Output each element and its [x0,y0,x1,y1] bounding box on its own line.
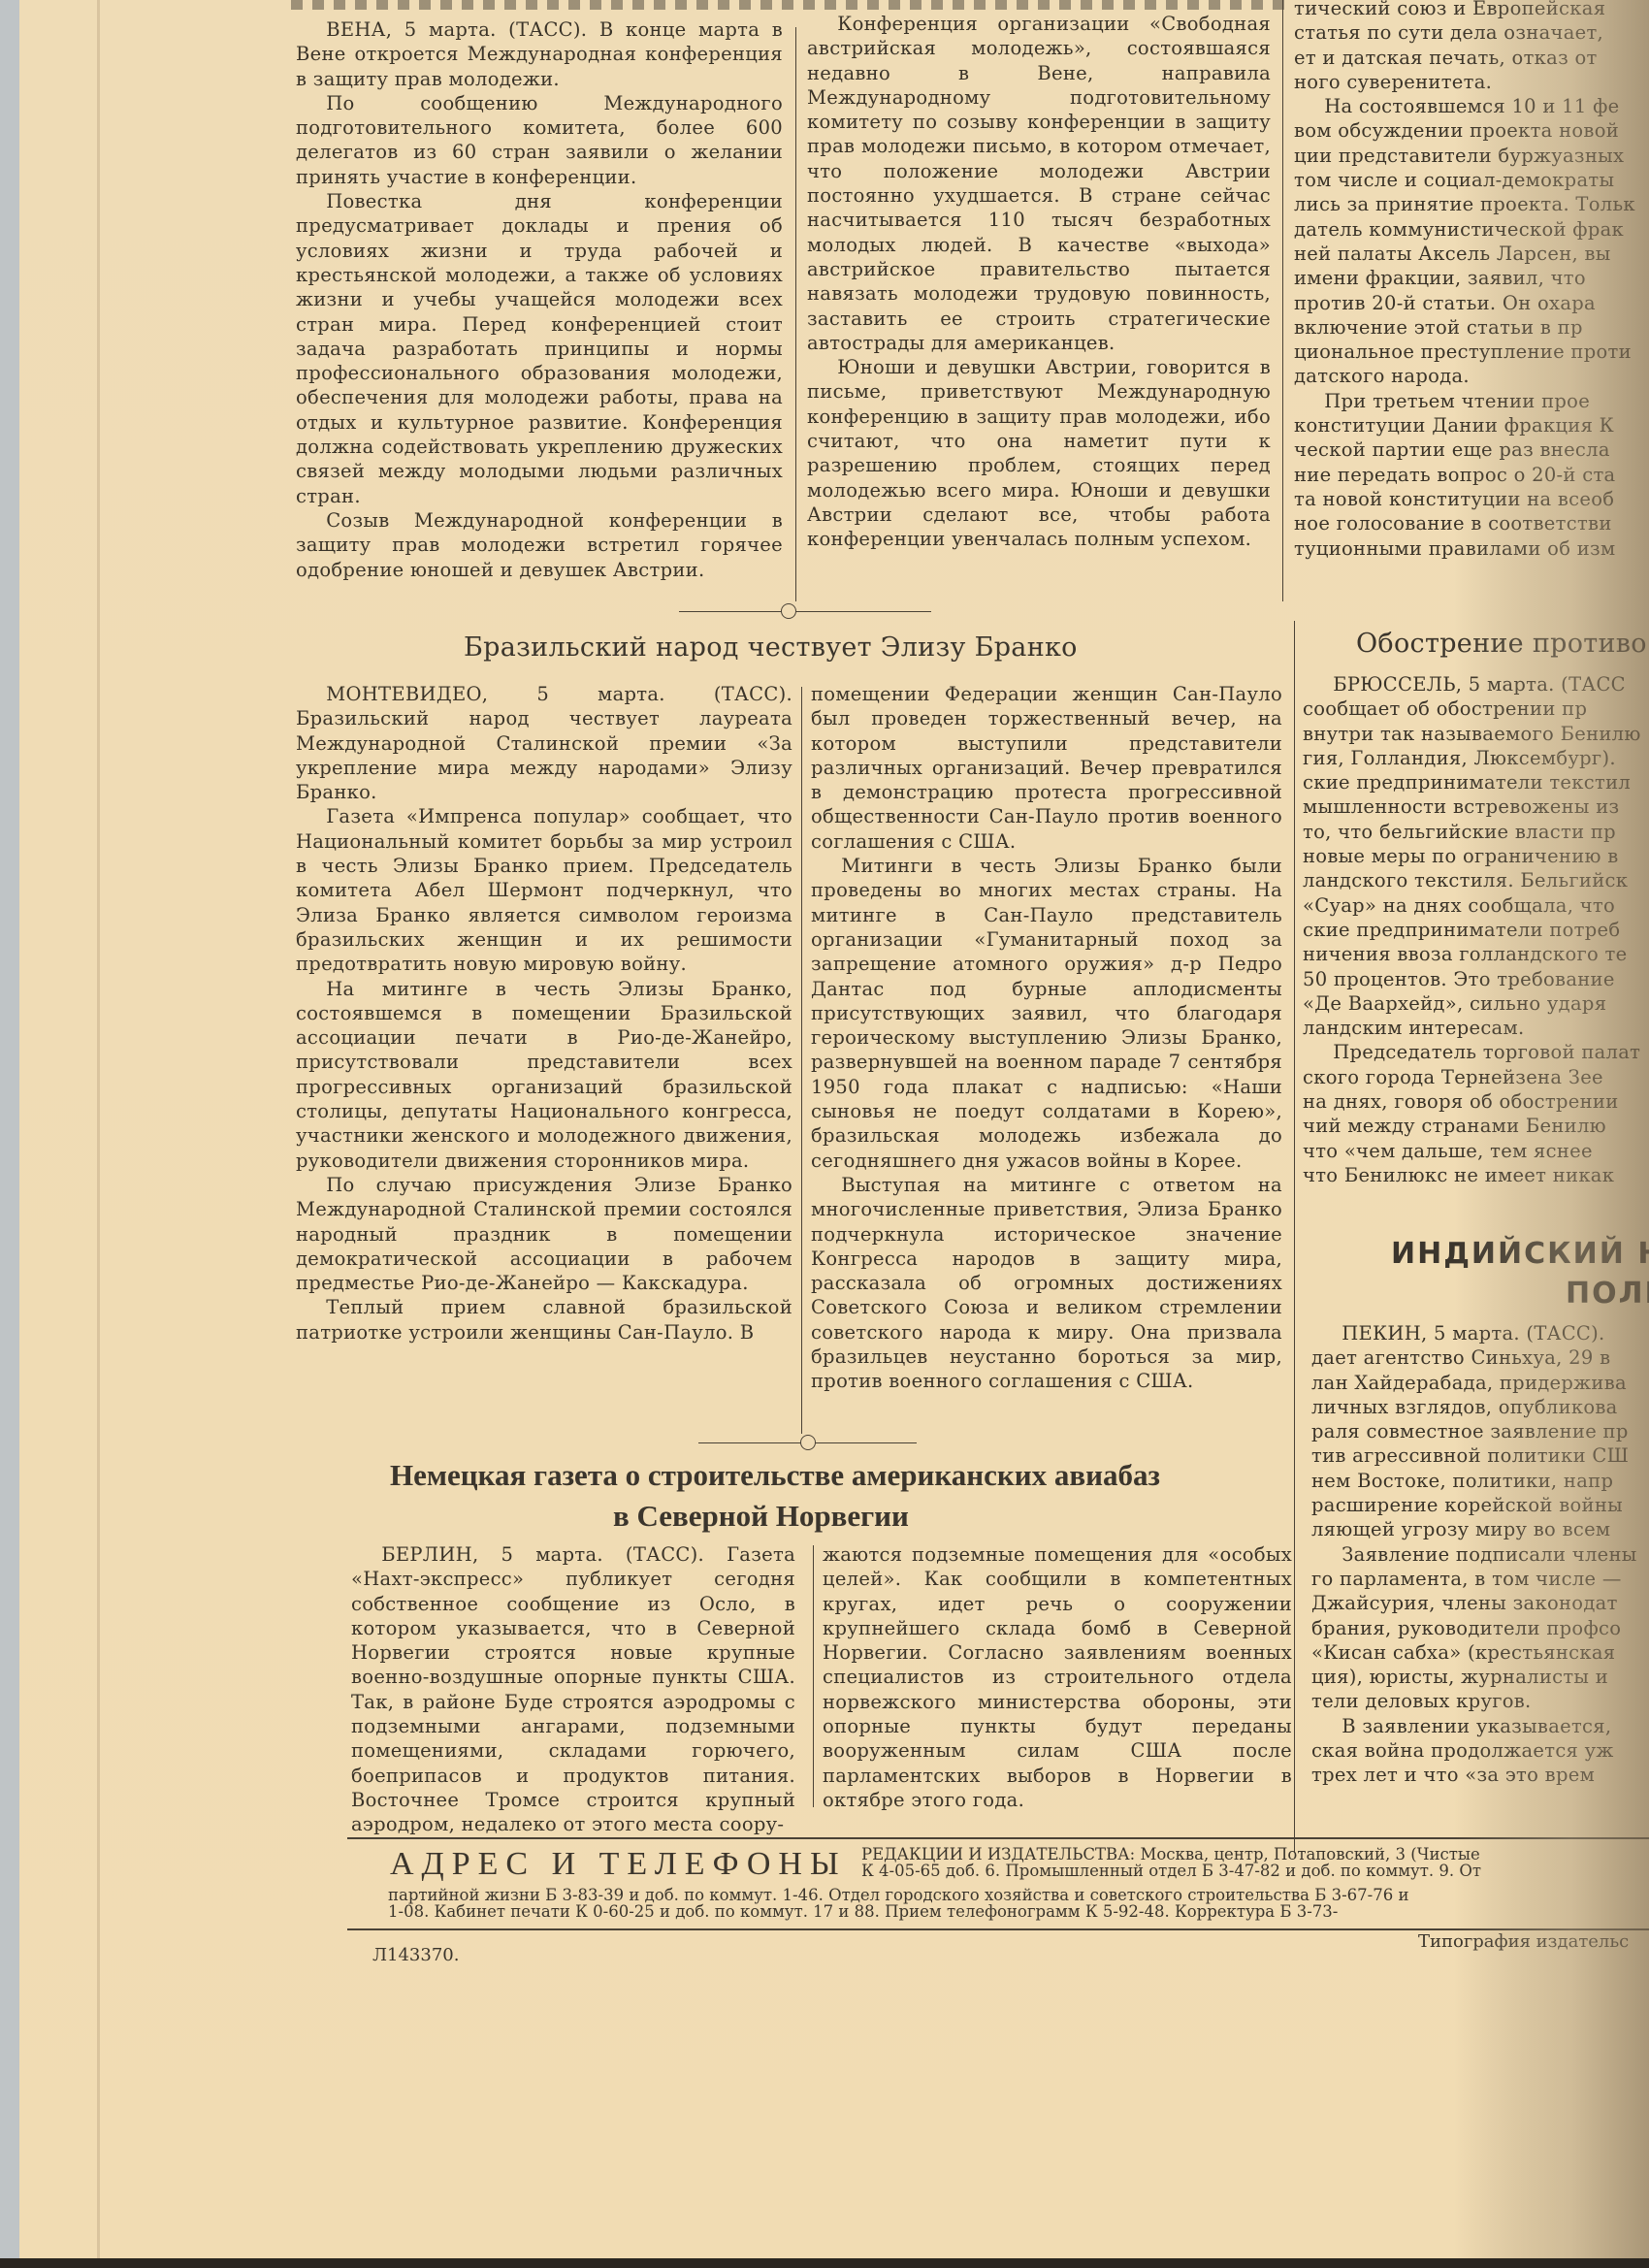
text-line: БРЮССЕЛЬ, 5 марта. (ТАСС [1303,672,1649,697]
text-line: лись за принятие проекта. Тольк [1294,192,1649,216]
paragraph: МОНТЕВИДЕО, 5 марта. (ТАСС). Бразильский… [296,682,792,804]
text-line: лан Хайдерабада, придержива [1311,1371,1649,1395]
text-line: ет и датская печать, отказ от [1294,46,1649,70]
text-line: При третьем чтении прое [1294,389,1649,413]
paragraph: помещении Федерации женщин Сан-Пауло был… [811,682,1282,854]
column-rule [795,27,796,601]
text-line: ции представители буржуазных [1294,144,1649,168]
column-rule [1294,621,1295,1853]
footer-line-2: К 4-05-65 доб. 6. Промышленный отдел Б 3… [861,1863,1481,1880]
text-line: та новой конституции на всеоб [1294,487,1649,511]
text-line: тив агрессивной политики СШ [1311,1443,1649,1468]
paragraph: Митинги в честь Элизы Бранко были провед… [811,854,1282,1173]
text-line: ция), юристы, журналисты и [1311,1665,1649,1689]
text-line: датель коммунистической фрак [1294,217,1649,242]
paragraph: Юноши и девушки Австрии, говорится в пис… [807,355,1271,551]
text-line: ская война продолжается уж [1311,1738,1649,1763]
text-line: ландским интересам. [1303,1016,1649,1040]
text-line: тели деловых кругов. [1311,1689,1649,1713]
order-number: Л143370. [372,1947,459,1964]
text-line: ного суверенитета. [1294,70,1649,94]
text-line: статья по сути дела означает, [1294,20,1649,45]
text-line: то, что бельгийские власти пр [1303,820,1649,844]
footer-line-4: 1-08. Кабинет печати К 0-60-25 и доб. по… [388,1903,1338,1921]
paragraph: жаются подземные помещения для «особых ц… [823,1542,1292,1812]
paragraph: Созыв Международной конференции в защиту… [296,508,783,582]
text-line: личных взглядов, опубликова [1311,1395,1649,1419]
text-line: конституции Дании фракция К [1294,413,1649,437]
divider-ornament [781,603,796,619]
paragraph: Повестка дня конференции предусматривает… [296,189,783,508]
column-rule [801,687,802,1434]
paragraph: Выступая на митинге с ответом на многочи… [811,1173,1282,1394]
text-line: против 20-й статьи. Он охара [1294,291,1649,315]
india-headline-line2: ПОЛИ [1566,1277,1649,1311]
text-line: туционными правилами об изм [1294,536,1649,561]
footer-title: АДРЕС И ТЕЛЕФОНЫ [390,1846,847,1883]
vienna-article-col1: ВЕНА, 5 марта. (ТАСС). В конце марта в В… [296,17,783,582]
text-line: ляющей угрозу миру во всем [1311,1517,1649,1541]
text-line: На состоявшемся 10 и 11 фе [1294,94,1649,118]
text-line: что «чем дальше, тем яснее [1303,1139,1649,1163]
text-line: ского города Тернейзена Зее [1303,1065,1649,1089]
text-line: включение этой статьи в пр [1294,315,1649,340]
page-bottom-edge [0,2258,1649,2268]
text-line: мышленности встревожены из [1303,794,1649,819]
column-rule [1282,0,1283,601]
paragraph: По случаю присуждения Элизе Бранко Между… [296,1173,792,1295]
column-rule [813,1545,814,1807]
text-line: 50 процентов. Это требование [1303,967,1649,991]
text-line: ские предприниматели потреб [1303,918,1649,942]
norway-headline-line1: Немецкая газета о строительстве американ… [390,1458,1160,1493]
paragraph: Газета «Импренса популар» сообщает, что … [296,804,792,976]
paragraph: ВЕНА, 5 марта. (ТАСС). В конце марта в В… [296,17,783,91]
text-line: вом обсуждении проекта новой [1294,118,1649,143]
top-cropped-headline [291,0,1290,10]
text-line: нем Востоке, политики, напр [1311,1469,1649,1493]
text-line: тический союз и Европейская [1294,0,1649,20]
text-line: В заявлении указывается, [1311,1714,1649,1738]
text-line: «Суар» на днях сообщала, что [1303,893,1649,918]
text-line: «Кисан сабха» (крестьянская [1311,1640,1649,1665]
denmark-article: тический союз и Европейская статья по су… [1294,0,1649,561]
text-line: ландского текстиля. Бельгийск [1303,868,1649,892]
vienna-article-col2: Конференция организации «Свободная австр… [807,12,1271,552]
paragraph: Конференция организации «Свободная австр… [807,12,1271,355]
text-line: что Бенилюкс не имеет никак [1303,1163,1649,1187]
brazil-article-col2: помещении Федерации женщин Сан-Пауло был… [811,682,1282,1394]
text-line: датского народа. [1294,364,1649,388]
benelux-headline: Обострение противо [1356,629,1647,659]
text-line: гия, Голландия, Люксембург). [1303,746,1649,770]
text-line: Заявление подписали члены [1311,1542,1649,1567]
text-line: ПЕКИН, 5 марта. (ТАСС). [1311,1321,1649,1345]
norway-headline-line2: в Северной Норвегии [613,1499,909,1534]
text-line: Джайсурия, члены законодат [1311,1591,1649,1615]
text-line: том числе и социал-демократы [1294,168,1649,192]
norway-article-col1: БЕРЛИН, 5 марта. (ТАСС). Газета «Нахт-эк… [351,1542,795,1837]
text-line: дает агентство Синьхуа, 29 в [1311,1345,1649,1370]
text-line: трех лет и что «за это врем [1311,1763,1649,1787]
text-line: «Де Ваархейд», сильно ударя [1303,991,1649,1016]
text-line: циональное преступление проти [1294,340,1649,364]
paragraph: БЕРЛИН, 5 марта. (ТАСС). Газета «Нахт-эк… [351,1542,795,1837]
paragraph: По сообщению Международного подготовител… [296,91,783,189]
text-line: новые меры по ограничению в [1303,844,1649,868]
paragraph: Теплый прием славной бразильской патриот… [296,1295,792,1345]
divider-ornament [800,1435,816,1450]
text-line: раля совместное заявление пр [1311,1419,1649,1443]
benelux-article: БРЮССЕЛЬ, 5 марта. (ТАСС сообщает об обо… [1303,672,1649,1187]
india-headline-line1: ИНДИЙСКИЙ Н [1391,1237,1649,1271]
india-article: ПЕКИН, 5 марта. (ТАСС). дает агентство С… [1311,1321,1649,1788]
paragraph: На митинге в честь Элизы Бранко, состояв… [296,977,792,1173]
text-line: ские предприниматели текстил [1303,770,1649,794]
text-line: внутри так называемого Бенилю [1303,722,1649,746]
norway-article-col2: жаются подземные помещения для «особых ц… [823,1542,1292,1812]
text-line: ние передать вопрос о 20-й ста [1294,463,1649,487]
text-line: Председатель торговой палат [1303,1040,1649,1064]
footer-top-rule [347,1837,1649,1839]
text-line: ничения ввоза голландского те [1303,942,1649,966]
text-line: чий между странами Бенилю [1303,1114,1649,1138]
printer-credit: Типография издательс [1418,1933,1629,1951]
brazil-headline: Бразильский народ чествует Элизу Бранко [464,632,1078,663]
text-line: расширение корейской войны [1311,1493,1649,1517]
text-line: ное голосование в соответстви [1294,511,1649,535]
text-line: имени фракции, заявил, что [1294,266,1649,290]
section-divider [679,611,931,612]
text-line: на днях, говоря об обострении [1303,1089,1649,1114]
footer-bottom-rule [347,1928,1649,1930]
text-line: сообщает об обострении пр [1303,697,1649,721]
text-line: ней палаты Аксель Ларсен, вы [1294,242,1649,266]
text-line: го парламента, в том числе — [1311,1567,1649,1591]
brazil-article-col1: МОНТЕВИДЕО, 5 марта. (ТАСС). Бразильский… [296,682,792,1345]
text-line: брания, руководители профсо [1311,1616,1649,1640]
text-line: ческой партии еще раз внесла [1294,437,1649,462]
